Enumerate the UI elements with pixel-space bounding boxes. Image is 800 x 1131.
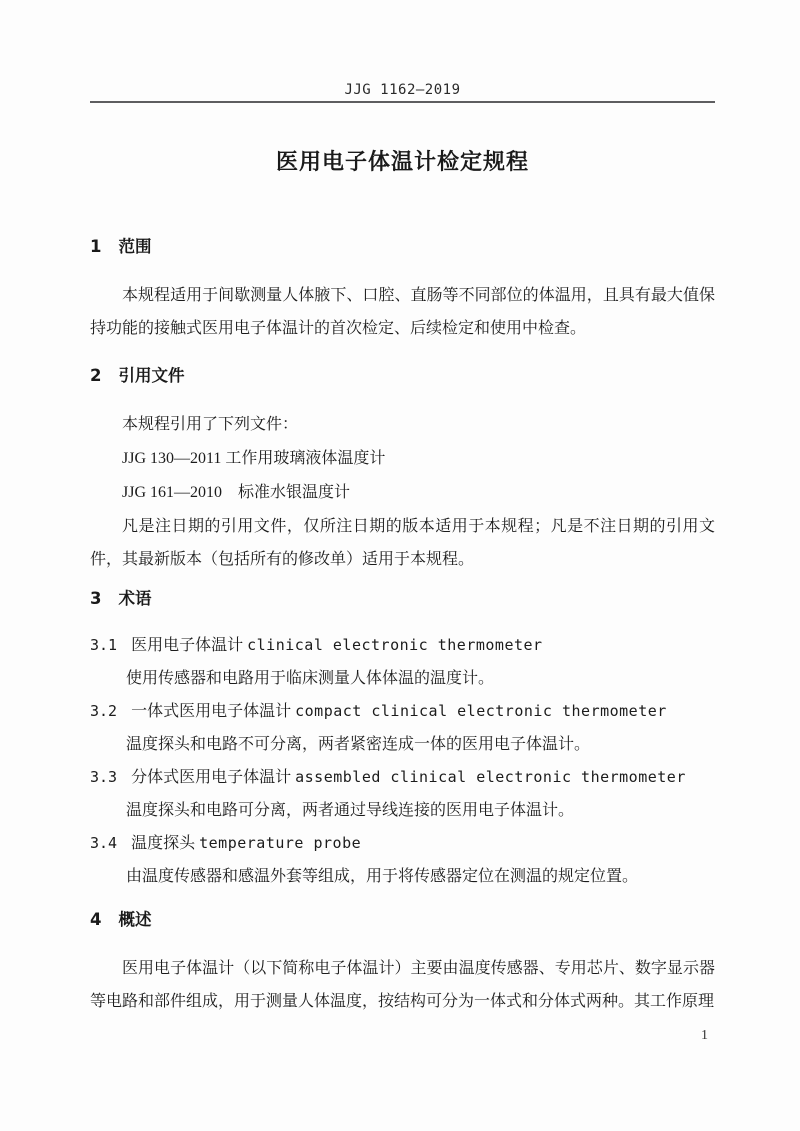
referenced-document: JJG 130—2011 工作用玻璃液体温度计	[90, 442, 715, 475]
term-definition: 由温度传感器和感温外套等组成，用于将传感器定位在测温的规定位置。	[90, 861, 715, 894]
paragraph: 凡是注日期的引用文件，仅所注日期的版本适用于本规程；凡是不注日期的引用文件，其最…	[90, 510, 715, 576]
section-title: 引用文件	[118, 366, 184, 385]
term-english: compact clinical electronic thermometer	[295, 702, 667, 720]
term-heading: 3.1医用电子体温计clinical electronic thermomete…	[90, 629, 715, 663]
paragraph: 医用电子体温计（以下简称电子体温计）主要由温度传感器、专用芯片、数字显示器等电路…	[90, 952, 715, 1018]
term-english: clinical electronic thermometer	[247, 636, 542, 654]
section-heading-scope: 1范围	[90, 236, 715, 258]
running-header: JJG 1162—2019	[90, 82, 715, 103]
section-title: 术语	[118, 589, 151, 608]
term-chinese: 分体式医用电子体温计	[131, 769, 291, 786]
running-header-text: JJG 1162—2019	[344, 82, 460, 98]
term-definition: 使用传感器和电路用于临床测量人体体温的温度计。	[90, 663, 715, 696]
section-number: 2	[90, 366, 101, 385]
terms-list: 3.1医用电子体温计clinical electronic thermomete…	[90, 629, 715, 893]
term-chinese: 一体式医用电子体温计	[131, 703, 291, 720]
paragraph: 本规程引用了下列文件：	[90, 408, 715, 441]
term-heading: 3.2一体式医用电子体温计compact clinical electronic…	[90, 695, 715, 729]
term-definition: 温度探头和电路不可分离，两者紧密连成一体的医用电子体温计。	[90, 729, 715, 762]
document-page: JJG 1162—2019 医用电子体温计检定规程 1范围 本规程适用于间歇测量…	[0, 0, 800, 1131]
page-number: 1	[701, 1028, 708, 1044]
term-number: 3.1	[90, 636, 117, 654]
term-english: assembled clinical electronic thermomete…	[295, 768, 686, 786]
paragraph: 本规程适用于间歇测量人体腋下、口腔、直肠等不同部位的体温用，且具有最大值保持功能…	[90, 279, 715, 345]
term-chinese: 医用电子体温计	[131, 637, 243, 654]
term-number: 3.3	[90, 768, 117, 786]
section-number: 3	[90, 589, 101, 608]
section-title: 概述	[118, 910, 151, 929]
term-number: 3.2	[90, 702, 117, 720]
term-chinese: 温度探头	[131, 835, 195, 852]
referenced-document: JJG 161—2010 标准水银温度计	[90, 476, 715, 509]
section-heading-terms: 3术语	[90, 588, 715, 610]
section-overview-body: 医用电子体温计（以下简称电子体温计）主要由温度传感器、专用芯片、数字显示器等电路…	[90, 952, 715, 1018]
section-references-body: 本规程引用了下列文件： JJG 130—2011 工作用玻璃液体温度计 JJG …	[90, 408, 715, 576]
term-heading: 3.4温度探头temperature probe	[90, 827, 715, 861]
section-scope-body: 本规程适用于间歇测量人体腋下、口腔、直肠等不同部位的体温用，且具有最大值保持功能…	[90, 279, 715, 345]
section-heading-overview: 4概述	[90, 909, 715, 931]
section-title: 范围	[118, 237, 151, 256]
section-number: 1	[90, 237, 101, 256]
section-heading-references: 2引用文件	[90, 365, 715, 387]
document-title: 医用电子体温计检定规程	[90, 148, 715, 178]
term-heading: 3.3分体式医用电子体温计assembled clinical electron…	[90, 761, 715, 795]
section-number: 4	[90, 910, 101, 929]
term-english: temperature probe	[199, 834, 361, 852]
term-number: 3.4	[90, 834, 117, 852]
term-definition: 温度探头和电路可分离，两者通过导线连接的医用电子体温计。	[90, 795, 715, 828]
